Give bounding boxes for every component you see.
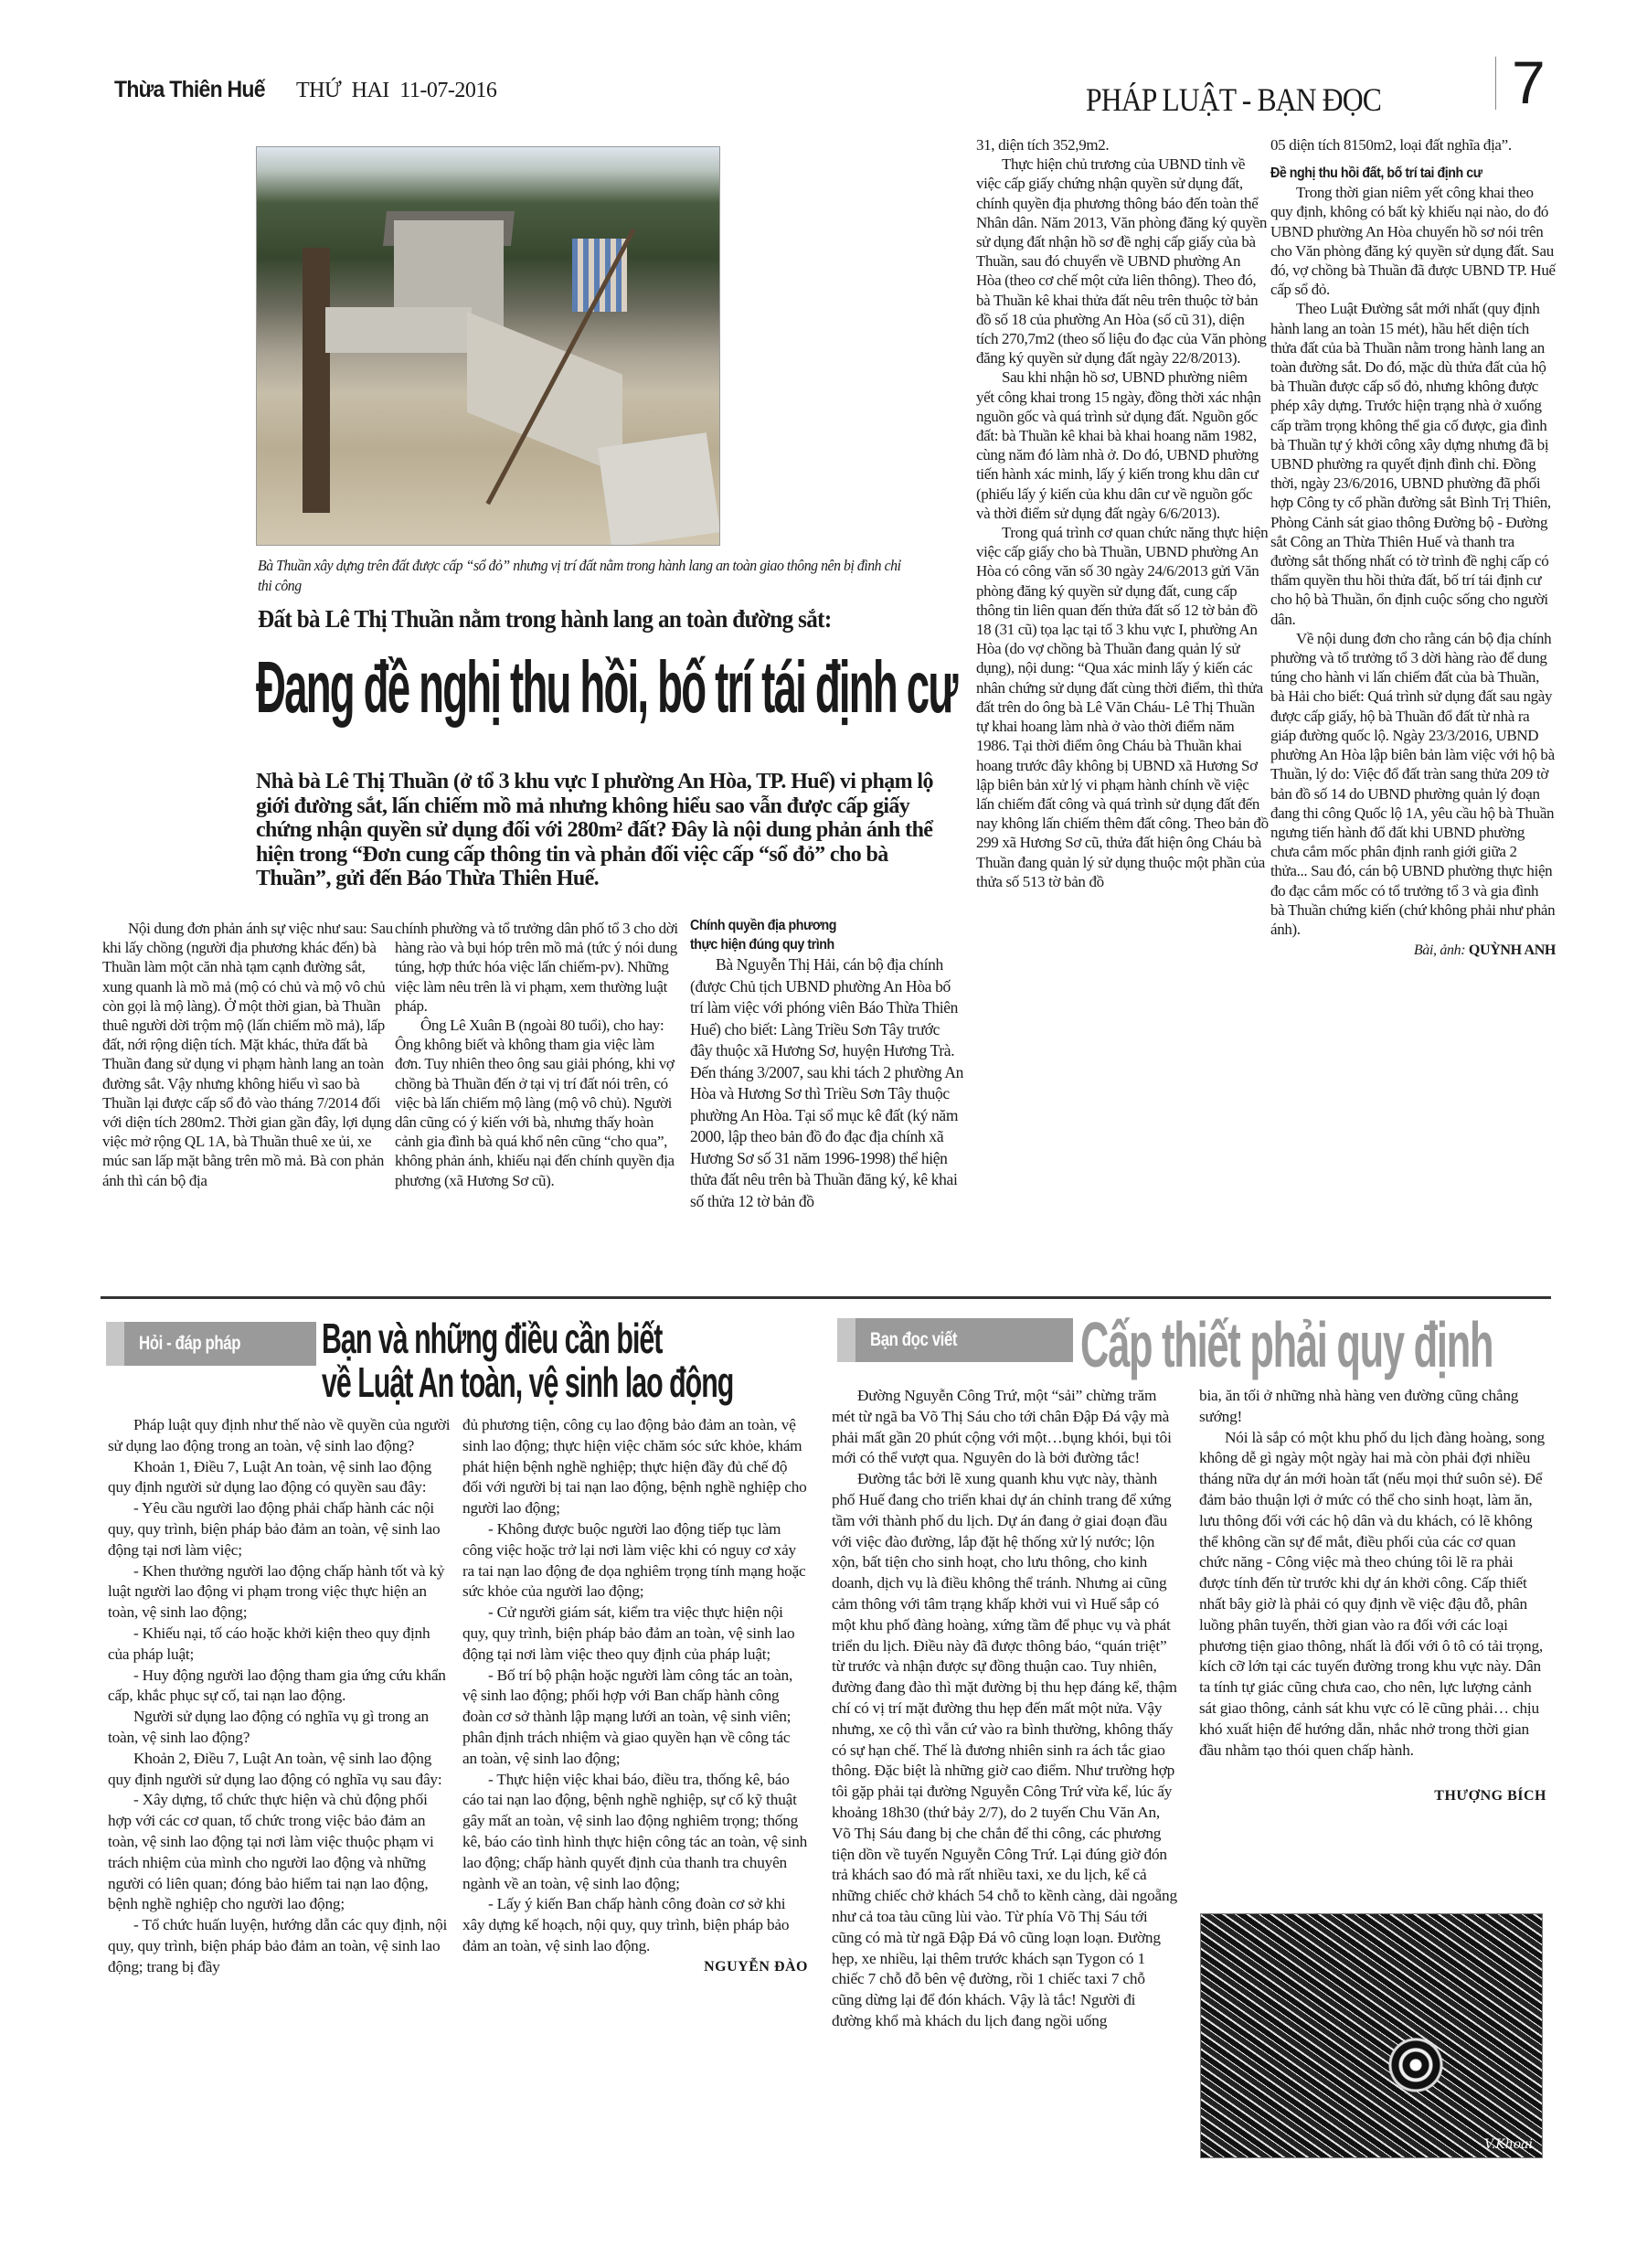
paragraph: Về nội dung đơn cho rằng cán bộ địa chín… — [1270, 629, 1556, 939]
paragraph: Người sử dụng lao động có nghĩa vụ gì tr… — [108, 1707, 453, 1749]
paragraph: 05 diện tích 8150m2, loại đất nghĩa địa”… — [1270, 135, 1556, 154]
dateline: THỨ HAI 11-07-2016 — [296, 79, 496, 103]
section-tag-label: Hỏi - đáp pháp luật — [139, 1322, 269, 1410]
paragraph: Bà Nguyễn Thị Hải, cán bộ địa chính (đượ… — [690, 954, 964, 1212]
paragraph: Nội dung đơn phản ánh sự việc như sau: S… — [102, 919, 393, 1190]
section-divider — [101, 1296, 1551, 1299]
photo-wall — [325, 307, 472, 353]
paragraph: Khoản 2, Điều 7, Luật An toàn, vệ sinh l… — [108, 1749, 453, 1791]
section-tag-label: Bạn đọc viết — [870, 1318, 957, 1362]
paragraph: - Tổ chức huấn luyện, hướng dẫn các quy … — [108, 1915, 453, 1977]
article1-column-1: Nội dung đơn phản ánh sự việc như sau: S… — [102, 919, 393, 1190]
paragraph: bia, ăn tối ở những nhà hàng ven đường c… — [1199, 1386, 1546, 1428]
article-headline: Đang đề nghị thu hồi, bố trí tái định cư — [256, 640, 957, 736]
section-tag-qa: Hỏi - đáp pháp luật — [106, 1322, 316, 1366]
photo-wooden-post — [303, 248, 330, 513]
author-signature: NGUYỄN ĐÀO — [462, 1957, 808, 1978]
subheading: Đề nghị thu hồi đất, bố trí tai định cư — [1270, 164, 1533, 183]
paragraph: chính phường và tổ trưởng dân phố tổ 3 c… — [395, 919, 678, 1016]
paragraph: - Yêu cầu người lao động phải chấp hành … — [108, 1498, 453, 1560]
paragraph: Nói là sắp có một khu phố du lịch đàng h… — [1199, 1428, 1546, 1762]
newspaper-brand: Thừa Thiên Huế — [114, 77, 265, 103]
article2-column-1: Pháp luật quy định như thế nào về quyền … — [108, 1415, 453, 1978]
subheading: Chính quyền địa phương — [690, 916, 942, 935]
subheading: thực hiện đúng quy trình — [690, 935, 942, 954]
paragraph: Đường Nguyễn Công Trứ, một “sải” chừng t… — [832, 1386, 1177, 1469]
article3-headline: Cấp thiết phải quy định — [1080, 1309, 1493, 1380]
paragraph: - Lấy ý kiến Ban chấp hành công đoàn cơ … — [462, 1894, 808, 1956]
article-kicker: Đất bà Lê Thị Thuần nằm trong hành lang … — [258, 605, 832, 634]
photo-tarp — [572, 239, 627, 312]
article3-column-2: bia, ăn tối ở những nhà hàng ven đường c… — [1199, 1386, 1546, 1807]
paragraph: - Xây dựng, tổ chức thực hiện và chủ độn… — [108, 1790, 453, 1915]
paragraph: - Khen thưởng người lao động chấp hành t… — [108, 1561, 453, 1624]
article1-column-3: Chính quyền địa phương thực hiện đúng qu… — [690, 916, 964, 1212]
paragraph: Pháp luật quy định như thế nào về quyền … — [108, 1415, 453, 1457]
paragraph: Trong thời gian niêm yết công khai theo … — [1270, 183, 1556, 299]
paragraph: - Không được buộc người lao động tiếp tụ… — [462, 1519, 808, 1603]
article1-column-2: chính phường và tổ trưởng dân phố tổ 3 c… — [395, 919, 678, 1190]
byline-author: QUỲNH ANH — [1469, 942, 1556, 958]
paragraph: - Bố trí bộ phận hoặc người làm công tác… — [462, 1666, 808, 1770]
paragraph: Ông Lê Xuân B (ngoài 80 tuổi), cho hay: … — [395, 1016, 678, 1190]
article2-column-2: đủ phương tiện, công cụ lao động bảo đảm… — [462, 1415, 808, 1978]
paragraph: - Huy động người lao động tham gia ứng c… — [108, 1666, 453, 1708]
paragraph: - Cử người giám sát, kiểm tra việc thực … — [462, 1603, 808, 1665]
illustration-signature: V.Khoai — [1484, 2137, 1533, 2152]
headline-line: Bạn và những điều cần biết — [322, 1316, 733, 1360]
article-photo — [256, 146, 720, 546]
paragraph: Theo Luật Đường sắt mới nhất (quy định h… — [1270, 299, 1556, 628]
section-tag-readers: Bạn đọc viết — [837, 1318, 1073, 1362]
headline-line: về Luật An toàn, vệ sinh lao động — [322, 1360, 733, 1404]
article-lead: Nhà bà Lê Thị Thuần (ở tổ 3 khu vực I ph… — [256, 770, 955, 891]
illustration-traffic: V.Khoai — [1200, 1913, 1543, 2158]
author-signature: THƯỢNG BÍCH — [1199, 1786, 1546, 1807]
article1-column-5: 05 diện tích 8150m2, loại đất nghĩa địa”… — [1183, 135, 1556, 960]
page-number-divider — [1495, 57, 1496, 110]
photo-caption: Bà Thuần xây dựng trên đất được cấp “sổ … — [258, 556, 904, 596]
byline-prefix: Bài, ảnh: — [1414, 942, 1469, 958]
photo-rubble — [598, 432, 720, 546]
section-title: PHÁP LUẬT - BẠN ĐỌC — [1086, 80, 1381, 119]
paragraph: - Khiếu nại, tố cáo hoặc khởi kiện theo … — [108, 1624, 453, 1666]
paragraph: - Thực hiện việc khai báo, điều tra, thố… — [462, 1770, 808, 1895]
byline: Bài, ảnh: QUỲNH ANH — [1270, 941, 1556, 960]
paragraph: đủ phương tiện, công cụ lao động bảo đảm… — [462, 1415, 808, 1519]
paragraph: Khoản 1, Điều 7, Luật An toàn, vệ sinh l… — [108, 1457, 453, 1499]
paragraph: Đường tắc bởi lẽ xung quanh khu vực này,… — [832, 1469, 1177, 2032]
article3-column-1: Đường Nguyễn Công Trứ, một “sải” chừng t… — [832, 1386, 1177, 2032]
page-number: 7 — [1512, 48, 1546, 117]
